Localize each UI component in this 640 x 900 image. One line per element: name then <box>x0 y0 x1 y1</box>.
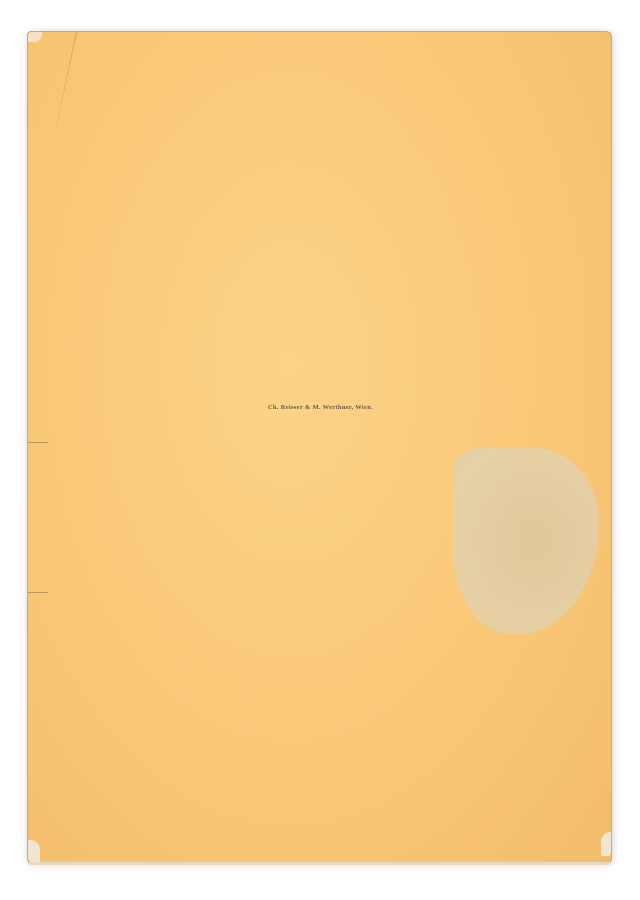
edge-tear <box>28 592 48 593</box>
document-page: Ch. Reisser & M. Werthner, Wien. <box>27 31 612 863</box>
page-bottom-edge <box>28 862 611 865</box>
water-stain <box>453 448 599 634</box>
worn-corner-top-left <box>28 32 42 42</box>
worn-corner-bottom-right <box>601 832 611 856</box>
printer-imprint: Ch. Reisser & M. Werthner, Wien. <box>258 404 383 411</box>
worn-corner-bottom-left <box>28 840 40 862</box>
paper-crease <box>51 32 77 150</box>
edge-tear <box>28 442 48 443</box>
